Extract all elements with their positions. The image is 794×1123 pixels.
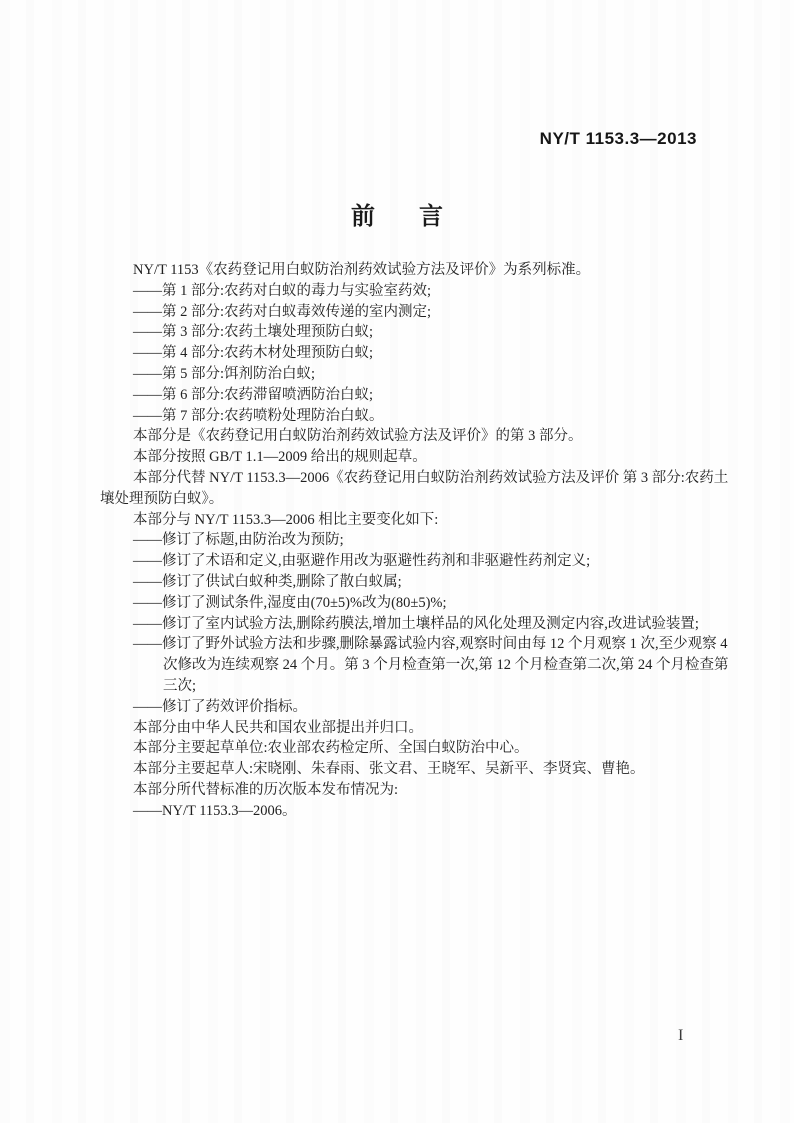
body-line: ——修订了标题,由防治改为预防; <box>100 530 700 551</box>
body-line: ——修订了野外试验方法和步骤,删除暴露试验内容,观察时间由每 12 个月观察 1… <box>100 634 700 655</box>
body-line: ——第 7 部分:农药喷粉处理防治白蚁。 <box>100 406 700 427</box>
body-line: 三次; <box>100 676 700 697</box>
foreword-title: 前 言 <box>0 203 794 232</box>
body-line: ——修订了药效评价指标。 <box>100 697 700 718</box>
document-page: NY/T 1153.3—2013 前 言 NY/T 1153《农药登记用白蚁防治… <box>0 0 794 1123</box>
body-line: 本部分代替 NY/T 1153.3—2006《农药登记用白蚁防治剂药效试验方法及… <box>100 468 700 489</box>
body-line: 本部分是《农药登记用白蚁防治剂药效试验方法及评价》的第 3 部分。 <box>100 426 700 447</box>
body-line: ——第 2 部分:农药对白蚁毒效传递的室内测定; <box>100 302 700 323</box>
body-line: ——修订了术语和定义,由驱避作用改为驱避性药剂和非驱避性药剂定义; <box>100 551 700 572</box>
body-line: 本部分所代替标准的历次版本发布情况为: <box>100 780 700 801</box>
foreword-body: NY/T 1153《农药登记用白蚁防治剂药效试验方法及评价》为系列标准。——第 … <box>100 260 700 822</box>
page-number: I <box>678 1027 683 1045</box>
body-line: ——修订了室内试验方法,删除药膜法,增加土壤样品的风化处理及测定内容,改进试验装… <box>100 614 700 635</box>
body-line: 本部分主要起草单位:农业部农药检定所、全国白蚁防治中心。 <box>100 738 700 759</box>
body-line: 次修改为连续观察 24 个月。第 3 个月检查第一次,第 12 个月检查第二次,… <box>100 655 700 676</box>
body-line: NY/T 1153《农药登记用白蚁防治剂药效试验方法及评价》为系列标准。 <box>100 260 700 281</box>
body-line: ——第 1 部分:农药对白蚁的毒力与实验室药效; <box>100 281 700 302</box>
body-line: ——第 3 部分:农药土壤处理预防白蚁; <box>100 322 700 343</box>
body-line: 本部分由中华人民共和国农业部提出并归口。 <box>100 718 700 739</box>
body-line: ——第 6 部分:农药滞留喷洒防治白蚁; <box>100 385 700 406</box>
body-line: ——第 5 部分:饵剂防治白蚁; <box>100 364 700 385</box>
standard-number: NY/T 1153.3—2013 <box>540 129 697 149</box>
body-line: 壤处理预防白蚁》。 <box>100 489 700 510</box>
body-line: ——第 4 部分:农药木材处理预防白蚁; <box>100 343 700 364</box>
body-line: 本部分主要起草人:宋晓刚、朱春雨、张文君、王晓军、吴新平、李贤宾、曹艳。 <box>100 759 700 780</box>
body-line: ——修订了供试白蚁种类,删除了散白蚁属; <box>100 572 700 593</box>
foreword-title-char-1: 前 <box>351 203 375 232</box>
foreword-title-char-2: 言 <box>419 203 443 232</box>
body-line: ——修订了测试条件,湿度由(70±5)%改为(80±5)%; <box>100 593 700 614</box>
body-line: 本部分与 NY/T 1153.3—2006 相比主要变化如下: <box>100 510 700 531</box>
body-line: 本部分按照 GB/T 1.1—2009 给出的规则起草。 <box>100 447 700 468</box>
body-line: ——NY/T 1153.3—2006。 <box>100 801 700 822</box>
